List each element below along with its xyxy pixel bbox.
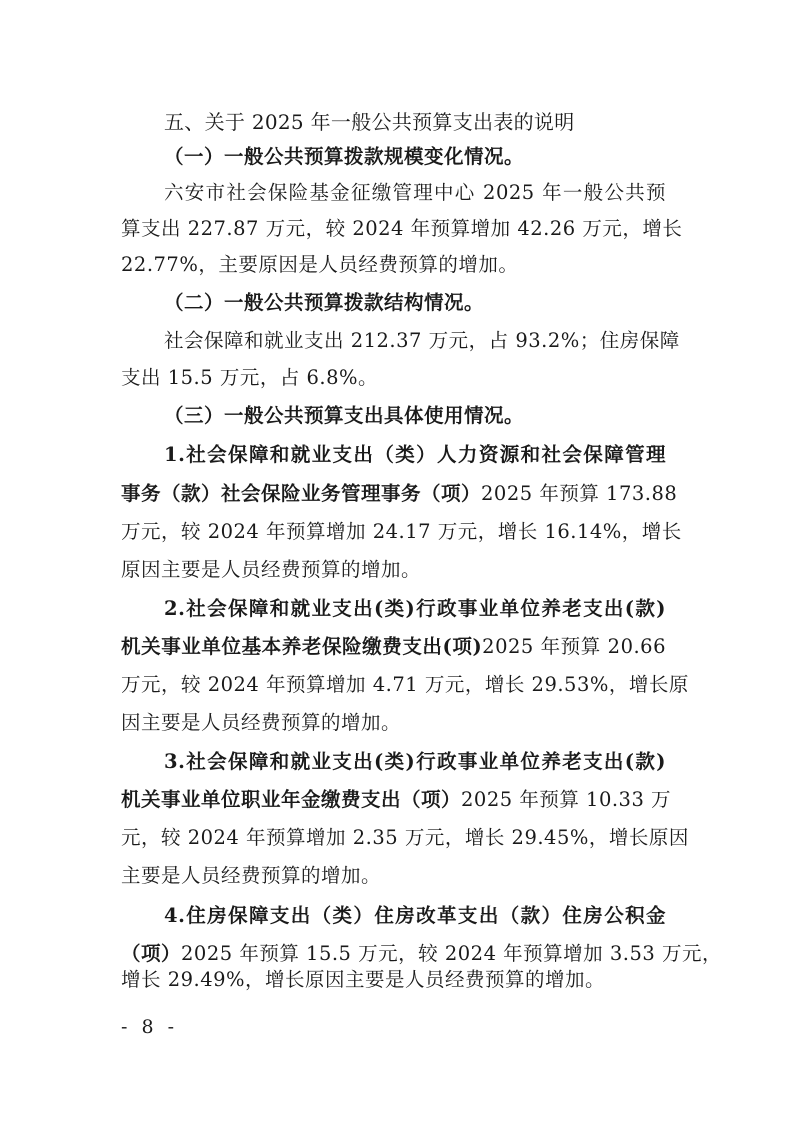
section-title: 五、关于 2025 年一般公共预算支出表的说明 xyxy=(164,110,709,134)
subsection-heading-2: （二）一般公共预算拨款结构情况。 xyxy=(164,291,666,315)
page-number: - 8 - xyxy=(121,1016,178,1038)
paragraph-line: 万元，较 2024 年预算增加 4.71 万元，增长 29.53%，增长原 xyxy=(121,673,666,697)
paragraph-line: 算支出 227.87 万元，较 2024 年预算增加 42.26 万元，增长 xyxy=(121,217,666,241)
item-3-heading-cont: 机关事业单位职业年金缴费支出（项） xyxy=(121,788,461,811)
paragraph-line: 元，较 2024 年预算增加 2.35 万元，增长 29.45%，增长原因 xyxy=(121,826,666,850)
paragraph-line: 22.77%，主要原因是人员经费预算的增加。 xyxy=(121,253,666,277)
subsection-heading-1: （一）一般公共预算拨款规模变化情况。 xyxy=(164,145,666,169)
paragraph-line: 六安市社会保险基金征缴管理中心 2025 年一般公共预 xyxy=(164,181,666,205)
item-1-line-2: 事务（款）社会保险业务管理事务（项）2025 年预算 173.88 xyxy=(121,482,666,506)
item-1-heading: 1.社会保障和就业支出（类）人力资源和社会保障管理 xyxy=(164,443,666,467)
paragraph-line: 增长 29.49%，增长原因主要是人员经费预算的增加。 xyxy=(121,968,666,992)
item-2-heading-cont: 机关事业单位基本养老保险缴费支出(项) xyxy=(121,635,482,658)
item-3-line-2: 机关事业单位职业年金缴费支出（项）2025 年预算 10.33 万 xyxy=(121,788,666,812)
paragraph-line: 因主要是人员经费预算的增加。 xyxy=(121,711,666,735)
item-1-budget: 2025 年预算 173.88 xyxy=(481,482,677,505)
item-2-line-2: 机关事业单位基本养老保险缴费支出(项)2025 年预算 20.66 xyxy=(121,635,666,659)
item-2-budget: 2025 年预算 20.66 xyxy=(482,635,666,658)
subsection-heading-3: （三）一般公共预算支出具体使用情况。 xyxy=(164,404,666,428)
paragraph-line: 万元，较 2024 年预算增加 24.17 万元，增长 16.14%，增长 xyxy=(121,520,666,544)
document-page: 五、关于 2025 年一般公共预算支出表的说明 （一）一般公共预算拨款规模变化情… xyxy=(0,0,793,1122)
paragraph-line: 主要是人员经费预算的增加。 xyxy=(121,864,666,888)
item-3-budget: 2025 年预算 10.33 万 xyxy=(461,788,671,811)
item-4-budget: 2025 年预算 15.5 万元，较 2024 年预算增加 3.53 万元， xyxy=(181,942,722,965)
item-4-line-2: （项）2025 年预算 15.5 万元，较 2024 年预算增加 3.53 万元… xyxy=(121,942,666,966)
item-3-heading: 3.社会保障和就业支出(类)行政事业单位养老支出(款) xyxy=(164,750,666,774)
paragraph-line: 社会保障和就业支出 212.37 万元，占 93.2%；住房保障 xyxy=(164,329,666,353)
item-4-heading-cont: （项） xyxy=(121,942,181,965)
item-2-heading: 2.社会保障和就业支出(类)行政事业单位养老支出(款) xyxy=(164,597,666,621)
item-4-heading: 4.住房保障支出（类）住房改革支出（款）住房公积金 xyxy=(164,904,666,928)
paragraph-line: 支出 15.5 万元，占 6.8%。 xyxy=(121,366,666,390)
paragraph-line: 原因主要是人员经费预算的增加。 xyxy=(121,558,666,582)
item-1-heading-cont: 事务（款）社会保险业务管理事务（项） xyxy=(121,482,481,505)
